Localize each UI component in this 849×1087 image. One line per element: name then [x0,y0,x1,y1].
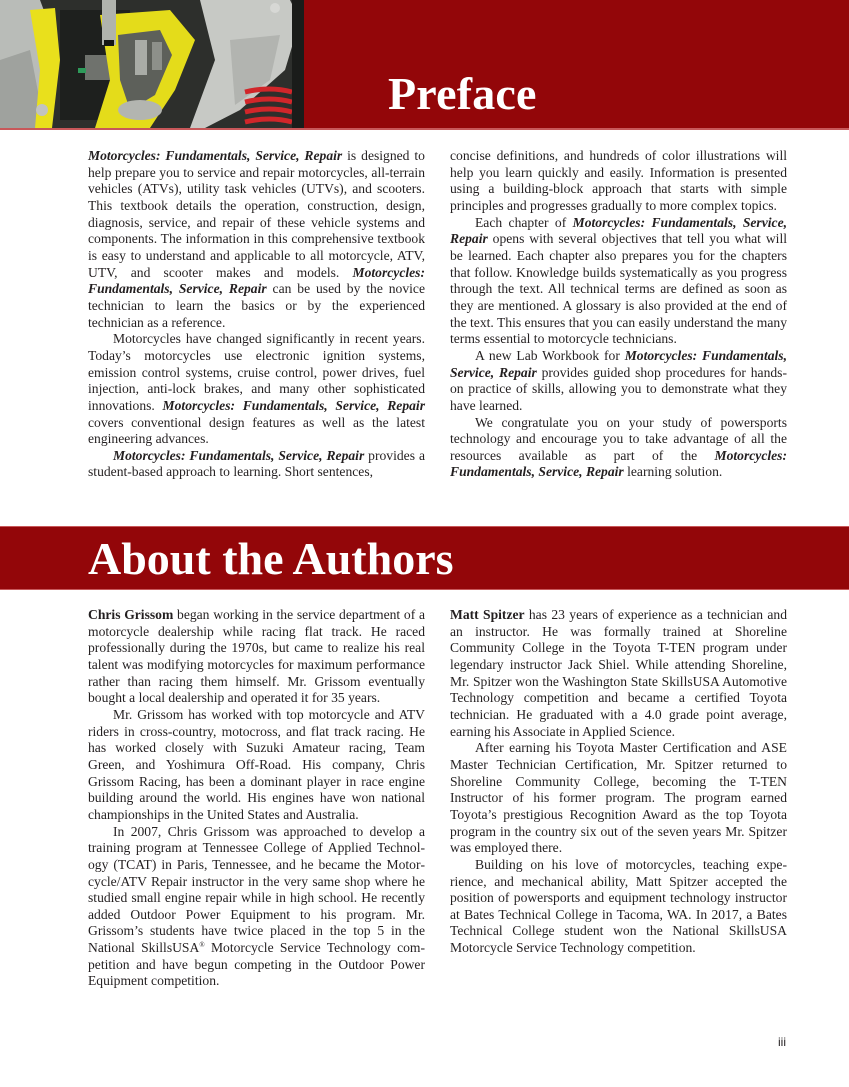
preface-paragraph: Each chapter of Motorcycles: Fundamental… [450,215,787,348]
preface-paragraph: concise definitions, and hundreds of col… [450,148,787,215]
page-number: iii [778,1035,786,1049]
author-paragraph: Chris Grissom began working in the servi… [88,607,425,707]
section-title-authors: About the Authors [88,531,454,587]
motorcycle-engine-cutaway-photo [0,0,304,128]
preface-paragraph: Motorcycles: Fundamentals, Service, Repa… [88,448,425,481]
preface-left-column: Motorcycles: Fundamentals, Service, Repa… [88,148,425,481]
book-title-emphasis: Motorcycles: Fundamentals, Service, Repa… [88,148,342,163]
author-paragraph: Building on his love of motorcycles, tea… [450,857,787,957]
author-spitzer-column: Matt Spitzer has 23 years of experience … [450,607,787,957]
header-accent-line [0,128,849,130]
author-grissom-column: Chris Grissom began working in the servi… [88,607,425,990]
author-paragraph: Mr. Grissom has worked with top motorcyc… [88,707,425,824]
authors-band-bottom-line [0,589,849,590]
preface-paragraph: Motorcycles: Fundamentals, Service, Repa… [88,148,425,331]
page-title: Preface [388,66,537,122]
book-title-emphasis: Motorcycles: Fundamentals, Service, Repa… [163,398,425,413]
preface-paragraph: A new Lab Workbook for Motorcycles: Fund… [450,348,787,415]
author-paragraph: After earning his Toyota Master Certific… [450,740,787,857]
preface-paragraph: We congratulate you on your study of pow… [450,415,787,482]
author-paragraph: Matt Spitzer has 23 years of experience … [450,607,787,740]
book-title-emphasis: Motorcycles: Fundamentals, Service, Repa… [113,448,364,463]
preface-right-column: concise definitions, and hundreds of col… [450,148,787,481]
author-name: Chris Grissom [88,607,173,622]
preface-paragraph: Motorcycles have changed significantly i… [88,331,425,448]
author-paragraph: In 2007, Chris Grissom was approached to… [88,824,425,991]
author-name: Matt Spitzer [450,607,525,622]
